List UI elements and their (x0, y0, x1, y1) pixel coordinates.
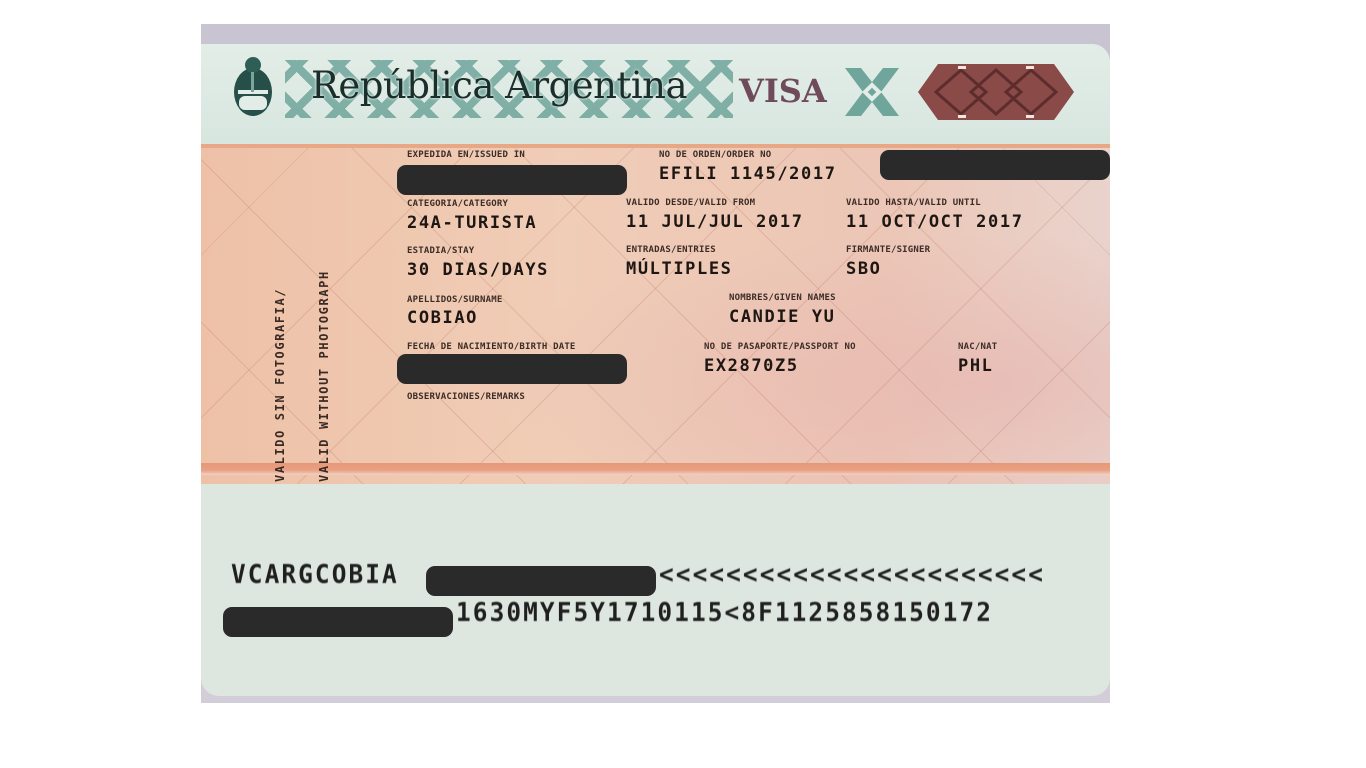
given-names-label: NOMBRES/GIVEN NAMES (729, 293, 836, 303)
hexagon-emblem-icon (916, 62, 1076, 122)
valid-from-value: 11 JUL/JUL 2017 (626, 212, 804, 232)
visa-header: República Argentina VISA (201, 44, 1110, 144)
visa-sticker: República Argentina VISA (201, 44, 1110, 696)
passport-no-value: EX2870Z5 (704, 356, 799, 376)
data-zone-border (201, 463, 1110, 475)
redaction-mrz-line2 (223, 607, 453, 637)
coat-of-arms-icon (229, 56, 277, 118)
mrz-line2-suffix: 1630MYF5Y1710115<8F1125858150172 (456, 598, 993, 628)
valid-until-value: 11 OCT/OCT 2017 (846, 212, 1024, 232)
issued-in-label: EXPEDIDA EN/ISSUED IN (407, 150, 525, 160)
birth-date-label: FECHA DE NACIMIENTO/BIRTH DATE (407, 342, 576, 352)
surname-value: COBIAO (407, 308, 478, 328)
signer-value: SBO (846, 259, 882, 279)
side-text-english: VALID WITHOUT PHOTOGRAPH (317, 162, 335, 482)
category-value: 24A-TURISTA (407, 213, 537, 233)
remarks-label: OBSERVACIONES/REMARKS (407, 392, 525, 402)
redaction-birth-date (397, 354, 627, 384)
side-text-spanish: VALIDO SIN FOTOGRAFIA/ (273, 162, 291, 482)
country-title: República Argentina (311, 64, 687, 107)
mrz-line1-suffix: <<<<<<<<<<<<<<<<<<<<<<< (659, 560, 1045, 590)
stay-label: ESTADIA/STAY (407, 246, 474, 256)
redaction-issued-in (397, 165, 627, 195)
category-label: CATEGORIA/CATEGORY (407, 199, 508, 209)
stay-value: 30 DIAS/DAYS (407, 260, 549, 280)
valid-from-label: VALIDO DESDE/VALID FROM (626, 198, 755, 208)
order-no-value: EFILI 1145/2017 (659, 164, 837, 184)
ornament-icon (841, 64, 903, 120)
document-type: VISA (739, 72, 827, 110)
mrz-line1-prefix: VCARGCOBIA (231, 560, 399, 590)
nationality-label: NAC/NAT (958, 342, 997, 352)
redaction-top-right (880, 150, 1110, 180)
surname-label: APELLIDOS/SURNAME (407, 295, 503, 305)
passport-no-label: NO DE PASAPORTE/PASSPORT NO (704, 342, 856, 352)
entries-label: ENTRADAS/ENTRIES (626, 245, 716, 255)
redaction-mrz-line1 (426, 566, 656, 596)
visa-photo: República Argentina VISA (201, 24, 1110, 703)
data-zone (201, 144, 1110, 484)
valid-until-label: VALIDO HASTA/VALID UNTIL (846, 198, 981, 208)
nationality-value: PHL (958, 356, 994, 376)
order-no-label: NO DE ORDEN/ORDER NO (659, 150, 771, 160)
given-names-value: CANDIE YU (729, 307, 836, 327)
entries-value: MÚLTIPLES (626, 259, 733, 279)
signer-label: FIRMANTE/SIGNER (846, 245, 930, 255)
